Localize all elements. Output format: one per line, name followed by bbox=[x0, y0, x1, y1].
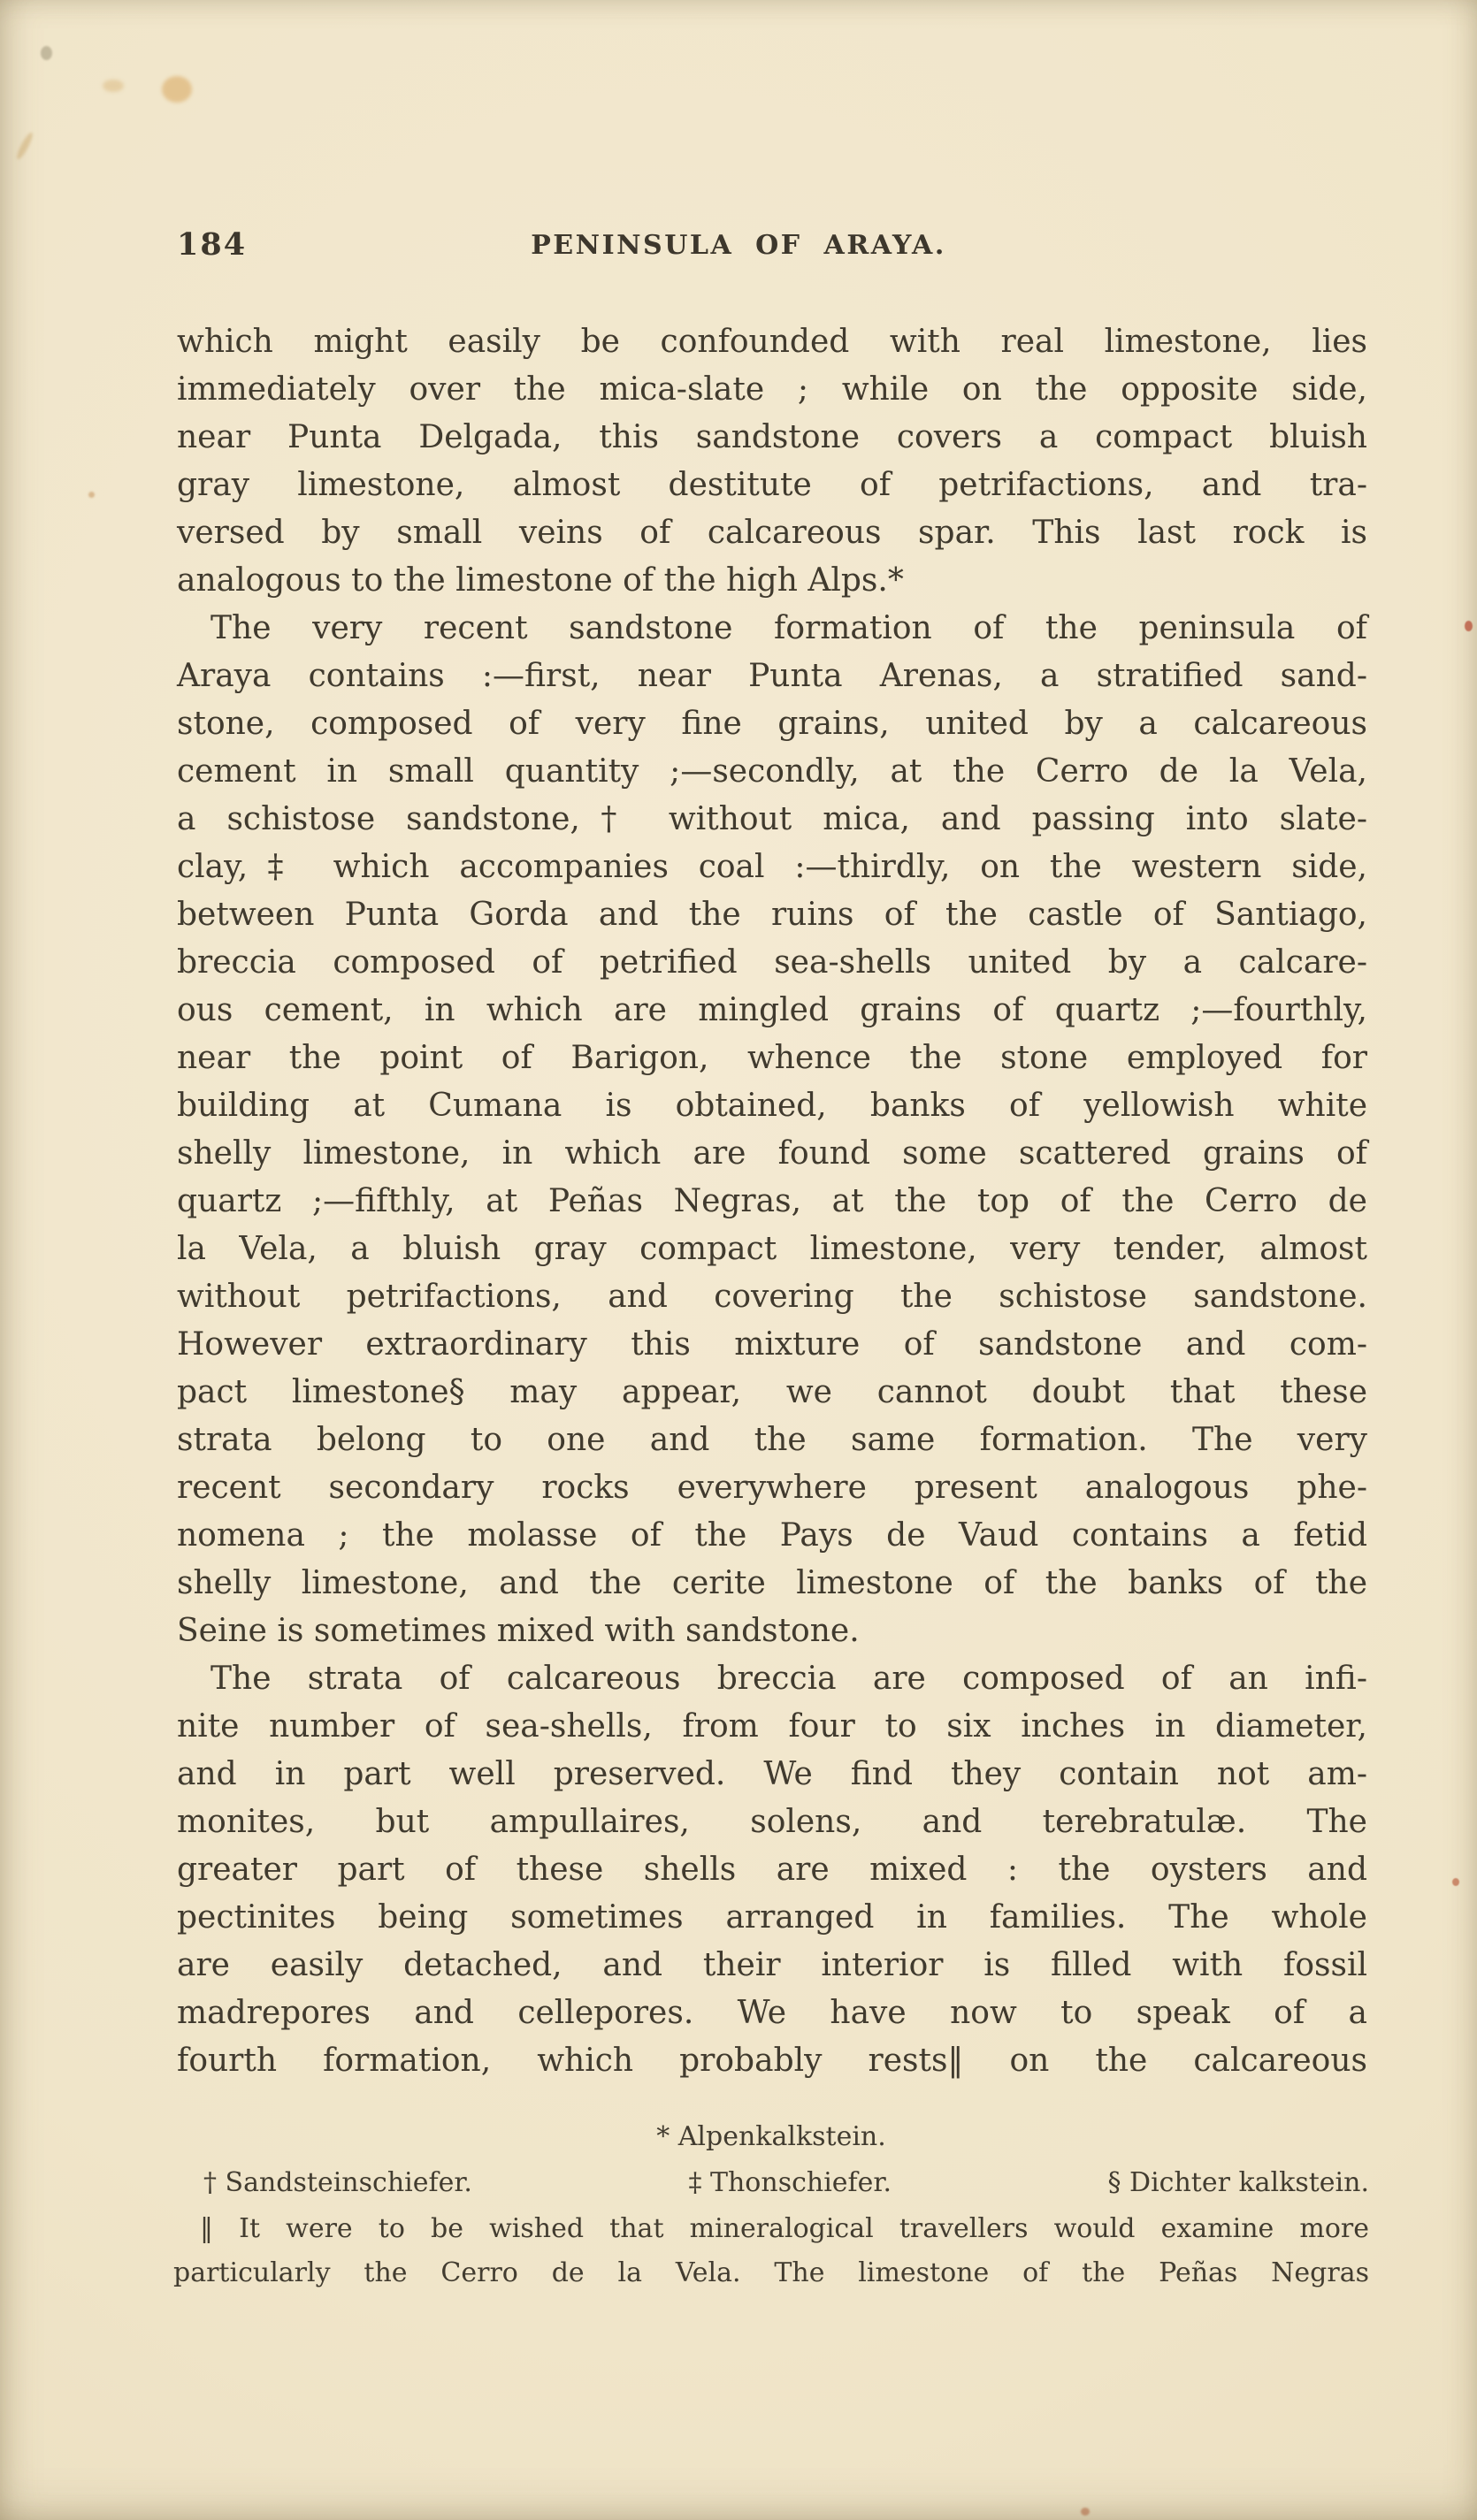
text-line: The very recent sandstone formation of t… bbox=[177, 605, 1367, 653]
text-line: which might easily be confounded with re… bbox=[177, 318, 1367, 366]
text-line: pectinites being sometimes arranged in f… bbox=[177, 1894, 1367, 1942]
running-title: PENINSULA OF ARAYA. bbox=[0, 230, 1477, 261]
footnote-line: * Alpenkalkstein. bbox=[173, 2115, 1369, 2161]
text-line: shelly limestone, in which are found som… bbox=[177, 1130, 1367, 1178]
text-line: quartz ;—fifthly, at Peñas Negras, at th… bbox=[177, 1178, 1367, 1226]
text-line: between Punta Gorda and the ruins of the… bbox=[177, 891, 1367, 939]
ink-speck bbox=[1452, 1878, 1459, 1886]
text-line: greater part of these shells are mixed :… bbox=[177, 1846, 1367, 1894]
ink-speck bbox=[1081, 2508, 1090, 2516]
text-line: recent secondary rocks everywhere presen… bbox=[177, 1464, 1367, 1512]
text-line: strata belong to one and the same format… bbox=[177, 1417, 1367, 1464]
text-line: nite number of sea-shells, from four to … bbox=[177, 1703, 1367, 1751]
paper-stain bbox=[162, 76, 192, 103]
text-line: monites, but ampullaires, solens, and te… bbox=[177, 1798, 1367, 1846]
book-page: 184 PENINSULA OF ARAYA. which might easi… bbox=[0, 0, 1477, 2520]
text-line: shelly limestone, and the cerite limesto… bbox=[177, 1560, 1367, 1607]
page-header: 184 PENINSULA OF ARAYA. bbox=[0, 226, 1477, 269]
text-line: nomena ; the molasse of the Pays de Vaud… bbox=[177, 1512, 1367, 1560]
text-line: Seine is sometimes mixed with sandstone. bbox=[177, 1607, 1367, 1655]
text-line: However extraordinary this mixture of sa… bbox=[177, 1321, 1367, 1369]
text-line: near Punta Delgada, this sandstone cover… bbox=[177, 414, 1367, 462]
paragraph: which might easily be confounded with re… bbox=[177, 318, 1367, 605]
text-line: without petrifactions, and covering the … bbox=[177, 1273, 1367, 1321]
footnotes: * Alpenkalkstein. † Sandsteinschiefer. ‡… bbox=[173, 2115, 1369, 2295]
ink-speck bbox=[1465, 621, 1473, 631]
footnote-item: ‡ Thonschiefer. bbox=[688, 2161, 892, 2207]
text-line: clay,‡ which accompanies coal :—thirdly,… bbox=[177, 844, 1367, 891]
text-line: fourth formation, which probably rests‖ … bbox=[177, 2037, 1367, 2085]
text-line: pact limestone§ may appear, we cannot do… bbox=[177, 1369, 1367, 1417]
paragraph: The very recent sandstone formation of t… bbox=[177, 605, 1367, 1655]
text-line: building at Cumana is obtained, banks of… bbox=[177, 1082, 1367, 1130]
text-line: ous cement, in which are mingled grains … bbox=[177, 987, 1367, 1035]
paper-scratch bbox=[14, 131, 34, 161]
text-line: a schistose sandstone,† without mica, an… bbox=[177, 796, 1367, 844]
paper-stain bbox=[103, 80, 124, 92]
text-line: gray limestone, almost destitute of petr… bbox=[177, 462, 1367, 509]
text-line: are easily detached, and their interior … bbox=[177, 1942, 1367, 1989]
text-line: madrepores and cellepores. We have now t… bbox=[177, 1989, 1367, 2037]
footnote-line: ‖ It were to be wished that mineralogica… bbox=[173, 2207, 1369, 2251]
page-body: which might easily be confounded with re… bbox=[177, 318, 1367, 2085]
ink-speck bbox=[88, 492, 95, 498]
text-line: breccia composed of petrified sea-shells… bbox=[177, 939, 1367, 987]
text-line: stone, composed of very fine grains, uni… bbox=[177, 700, 1367, 748]
text-line: Araya contains :—first, near Punta Arena… bbox=[177, 653, 1367, 700]
text-line: near the point of Barigon, whence the st… bbox=[177, 1035, 1367, 1082]
text-line: immediately over the mica-slate ; while … bbox=[177, 366, 1367, 414]
footnote-line: † Sandsteinschiefer. ‡ Thonschiefer. § D… bbox=[173, 2161, 1369, 2207]
paper-mark bbox=[41, 46, 52, 60]
footnote-item: § Dichter kalkstein. bbox=[1108, 2161, 1370, 2207]
text-line: cement in small quantity ;—secondly, at … bbox=[177, 748, 1367, 796]
paragraph: The strata of calcareous breccia are com… bbox=[177, 1655, 1367, 2085]
text-line: and in part well preserved. We find they… bbox=[177, 1751, 1367, 1798]
footnote-item: † Sandsteinschiefer. bbox=[203, 2161, 472, 2207]
text-line: la Vela, a bluish gray compact limestone… bbox=[177, 1226, 1367, 1273]
footnote-line: particularly the Cerro de la Vela. The l… bbox=[173, 2251, 1369, 2295]
text-line: versed by small veins of calcareous spar… bbox=[177, 509, 1367, 557]
text-line: The strata of calcareous breccia are com… bbox=[177, 1655, 1367, 1703]
text-line: analogous to the limestone of the high A… bbox=[177, 557, 1367, 605]
